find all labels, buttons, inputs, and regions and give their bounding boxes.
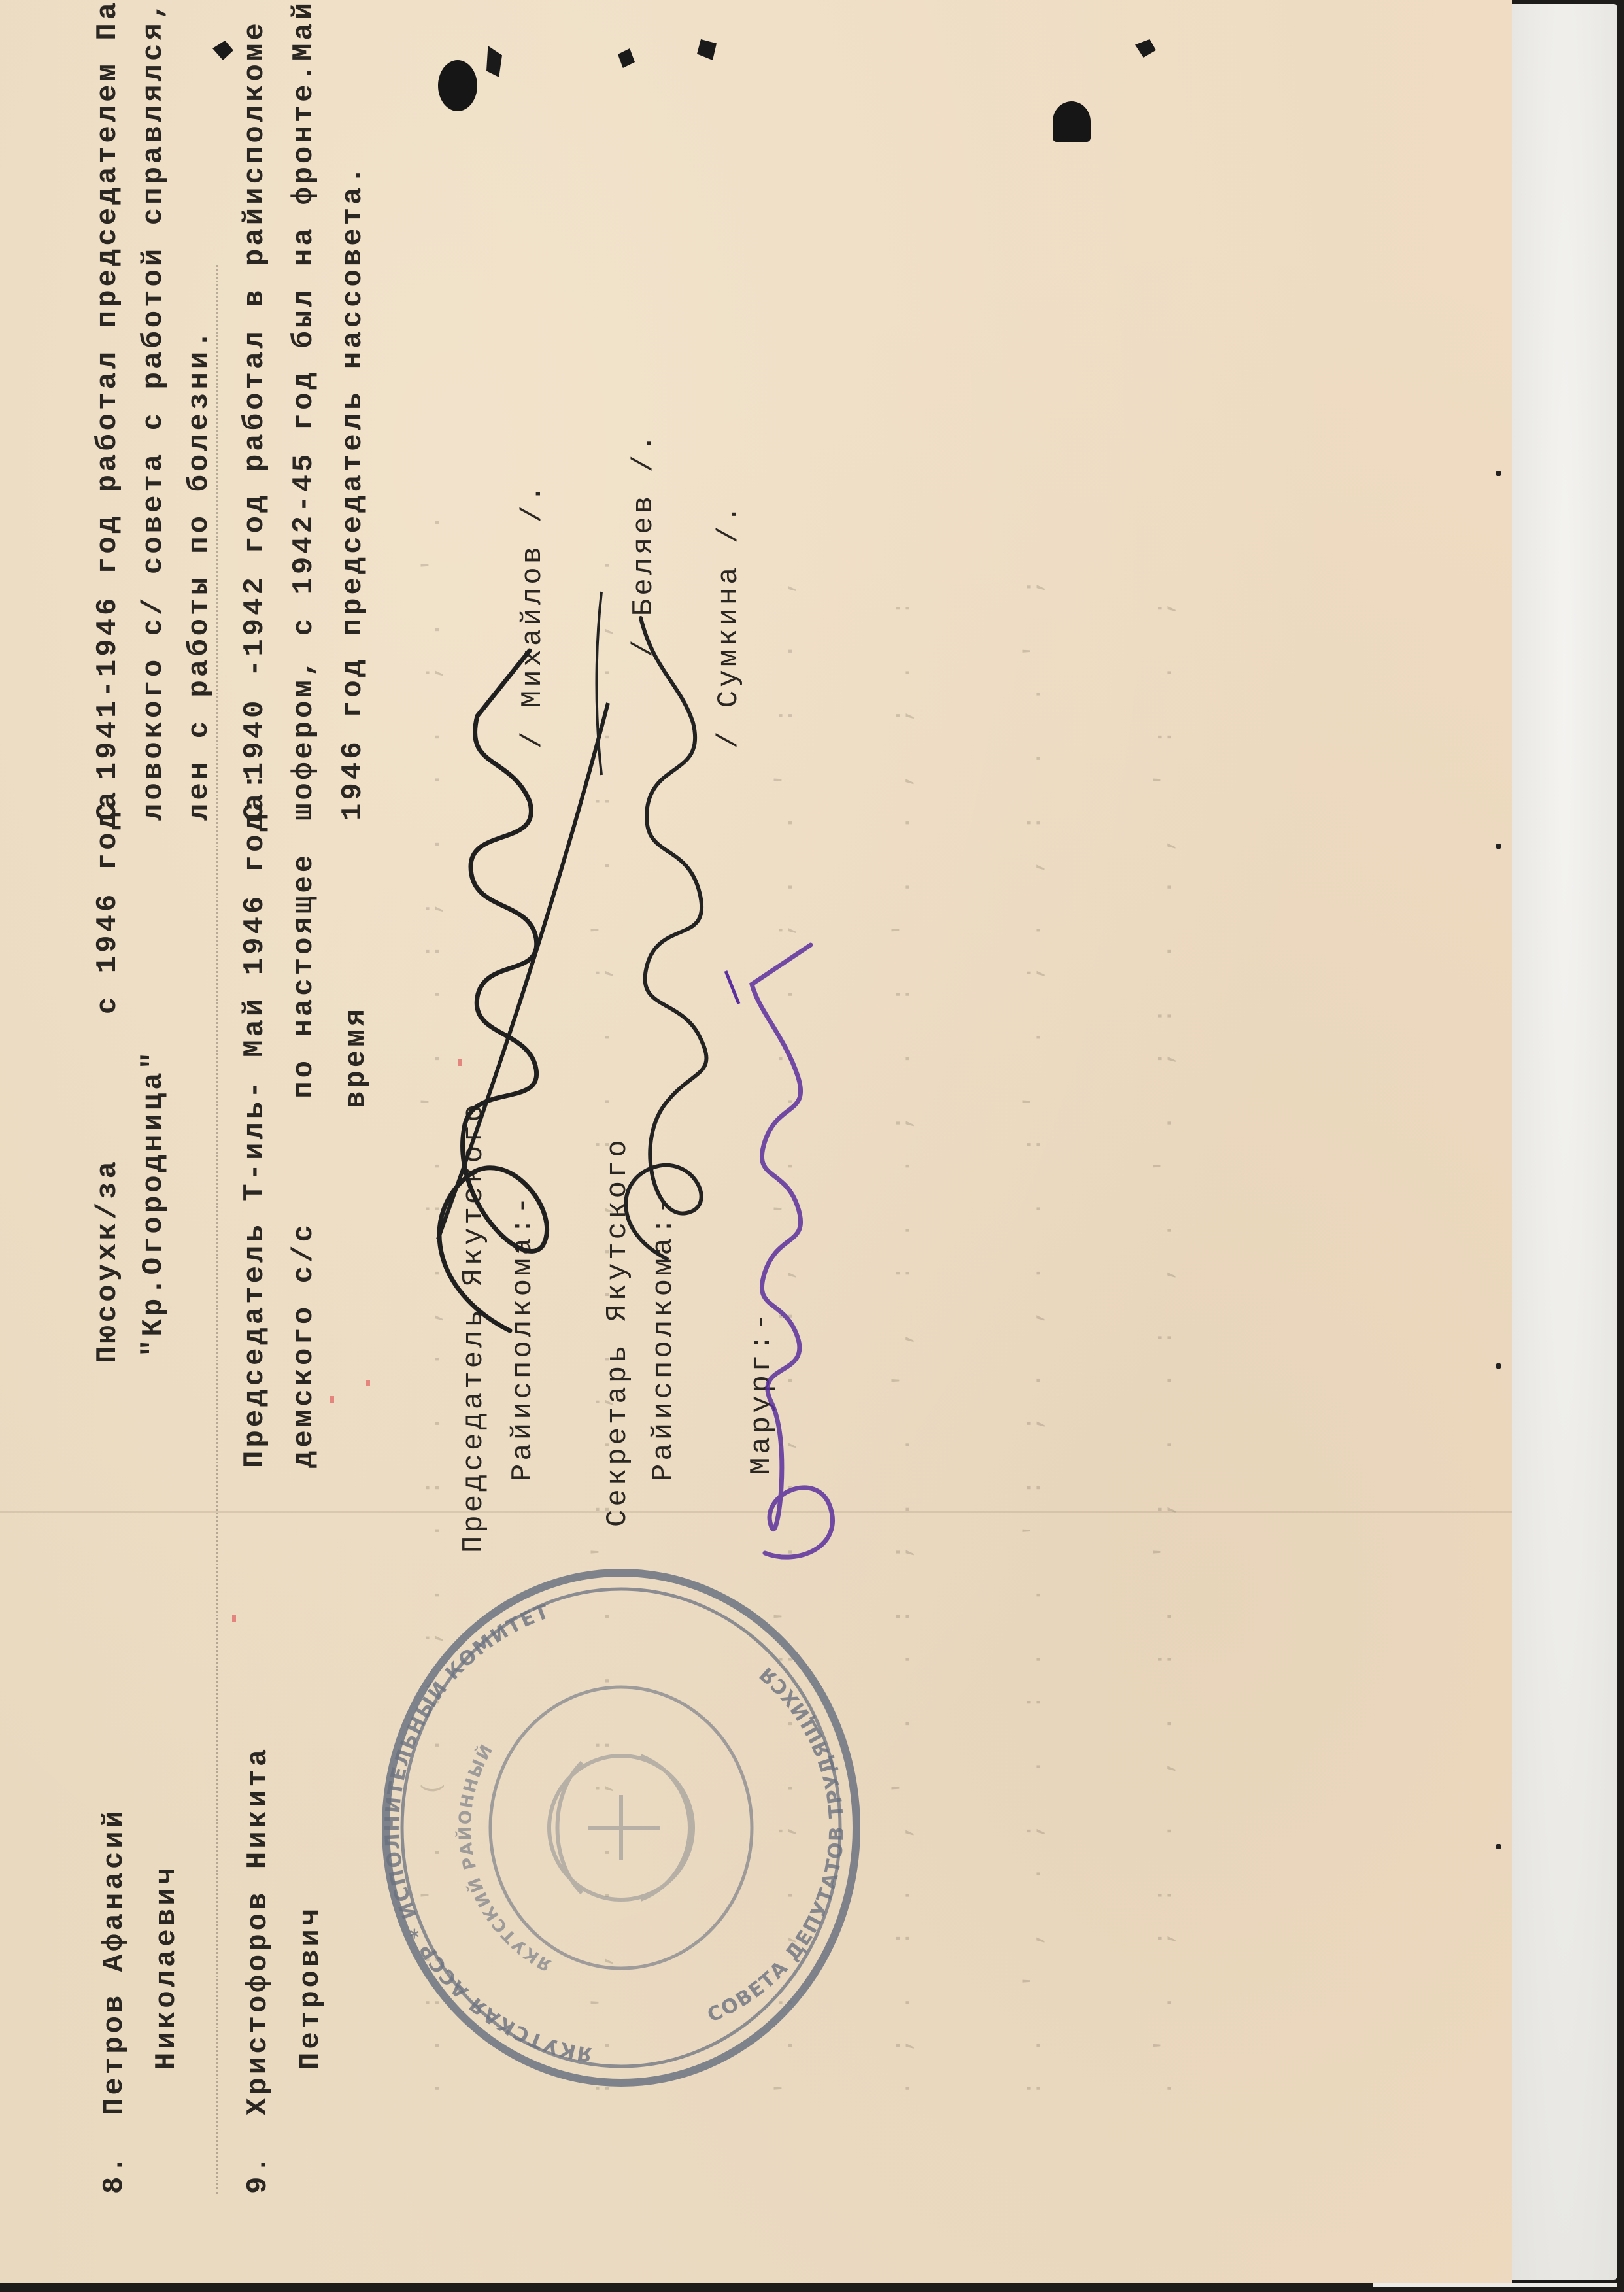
entry-position-line3: время (340, 1006, 373, 1108)
entry-bio-line1: С 1940 -1942 год работал в райисполкоме (239, 20, 271, 821)
bleed-through-text: . ; . : . , ' . . : ; . . ' , : . . ; . … (889, 594, 917, 2096)
entry-bio-line2: шофером, с 1942-45 год был на фронте.Май (288, 0, 320, 821)
entry-position-line2: демского с/с по настоящее (288, 852, 320, 1468)
entry-position-line1: Председатель Т-иль- Май 1946 года: (239, 770, 271, 1468)
entry-name-line2: Николаевич (150, 1864, 183, 2070)
svg-text:СОВЕТА ДЕПУТАТОВ ТРУДЯЩИХСЯ: СОВЕТА ДЕПУТАТОВ ТРУДЯЩИХСЯ (704, 1661, 849, 2027)
column-rule (216, 265, 218, 2194)
entry-name-line1: Христофоров Никита (242, 1746, 275, 2115)
bleed-through-text: . ' . ; : . , . : . ' ; . . : , . ' . ; … (1151, 594, 1179, 2096)
entry-bio-line2: ловокого с/ совета с работой справлялся,… (137, 0, 170, 821)
svg-text:ЯКУТСКАЯ АССР * ИСПОЛНИТЕЛЬНЫЙ: ЯКУТСКАЯ АССР * ИСПОЛНИТЕЛЬНЫЙ КОМИТЕТ (381, 1600, 594, 2066)
white-backing-strip (1512, 4, 1617, 2280)
entry-number: 9. (242, 2153, 275, 2194)
entry-position-line1: Пюсоухк/за с 1946 года (92, 789, 124, 1363)
bleed-through-text: : . ' , . ; . : . . ' : ; . , . . : ' . … (1020, 573, 1048, 2096)
entry-name-line2: Петрович (294, 1906, 327, 2070)
red-mark (366, 1380, 370, 1386)
entry-name-line1: Петров Афанасий (98, 1807, 131, 2115)
emblem-icon (549, 1756, 693, 1900)
entry-number: 8. (98, 2153, 131, 2194)
rotated-content: . . : : ' . ( . . ; . . : . . , . : . ' … (0, 0, 1512, 2292)
entry-bio-line3: лен с работы по болезни. (183, 328, 216, 821)
red-mark (232, 1615, 236, 1622)
signature-sumkina (713, 919, 863, 1573)
red-mark (330, 1396, 334, 1403)
entry-position-line2: "Кр.Огородница" (137, 1049, 170, 1357)
entry-bio-line3: 1946 год председатель нассовета. (337, 163, 369, 821)
entry-bio-line1: С 1941-1946 год работал председателем Па… (92, 0, 124, 821)
red-mark (458, 1059, 462, 1066)
official-round-stamp: ЯКУТСКАЯ АССР * ИСПОЛНИТЕЛЬНЫЙ КОМИТЕТ С… (366, 1547, 876, 2109)
